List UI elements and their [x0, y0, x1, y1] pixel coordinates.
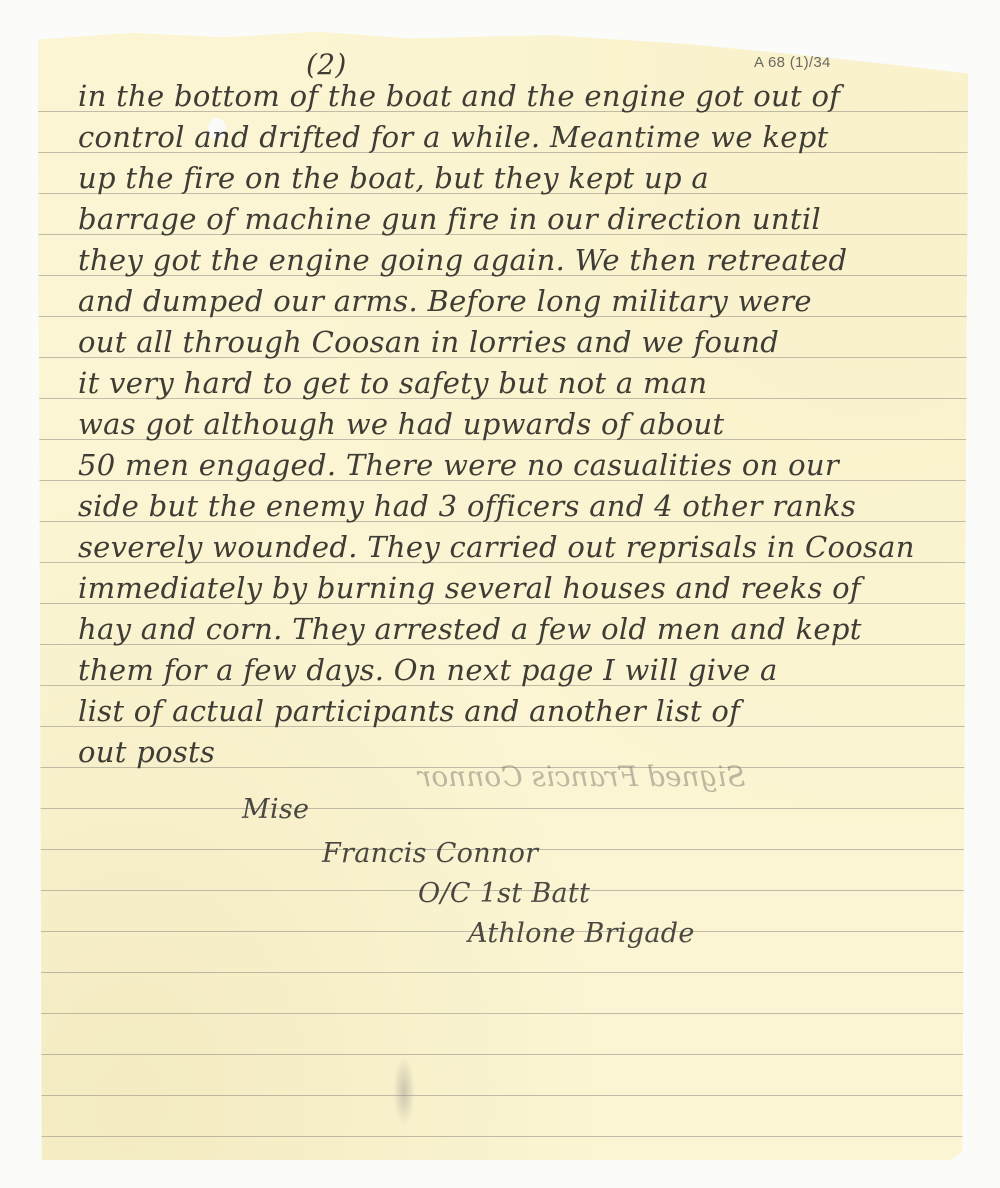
- archive-reference: A 68 (1)/34: [754, 54, 831, 71]
- text-line: out posts: [78, 732, 215, 772]
- ruled-line: [38, 972, 968, 973]
- text-line: was got although we had upwards of about: [78, 404, 725, 444]
- ruled-line: [38, 808, 968, 809]
- text-line: severely wounded. They carried out repri…: [78, 527, 915, 567]
- ruled-line: [38, 1013, 968, 1014]
- pencil-smudge: [393, 1056, 415, 1126]
- signature-name: Francis Connor: [322, 838, 538, 869]
- text-line: out all through Coosan in lorries and we…: [78, 322, 779, 362]
- text-line: immediately by burning several houses an…: [78, 568, 861, 608]
- text-line: it very hard to get to safety but not a …: [78, 363, 707, 403]
- text-line: control and drifted for a while. Meantim…: [78, 117, 829, 157]
- letter-page: (2) A 68 (1)/34 in the bottom of the boa…: [38, 26, 968, 1160]
- text-line: up the fire on the boat, but they kept u…: [78, 158, 709, 198]
- text-line: side but the enemy had 3 officers and 4 …: [78, 486, 856, 526]
- text-line: list of actual participants and another …: [78, 691, 740, 731]
- signature-brigade: Athlone Brigade: [468, 918, 695, 949]
- text-line: them for a few days. On next page I will…: [78, 650, 778, 690]
- text-line: 50 men engaged. There were no casualitie…: [78, 445, 839, 485]
- signature-salutation: Mise: [242, 794, 309, 825]
- ruled-line: [38, 1095, 968, 1096]
- signature-rank: O/C 1st Batt: [418, 878, 590, 909]
- ruled-line: [38, 1054, 968, 1055]
- ruled-line: [38, 1136, 968, 1137]
- text-line: hay and corn. They arrested a few old me…: [78, 609, 862, 649]
- text-line: they got the engine going again. We then…: [78, 240, 847, 280]
- bleed-through-signature: Signed Francis Connor: [418, 760, 746, 793]
- text-line: barrage of machine gun fire in our direc…: [78, 199, 821, 239]
- text-line: in the bottom of the boat and the engine…: [78, 76, 840, 116]
- text-line: and dumped our arms. Before long militar…: [78, 281, 812, 321]
